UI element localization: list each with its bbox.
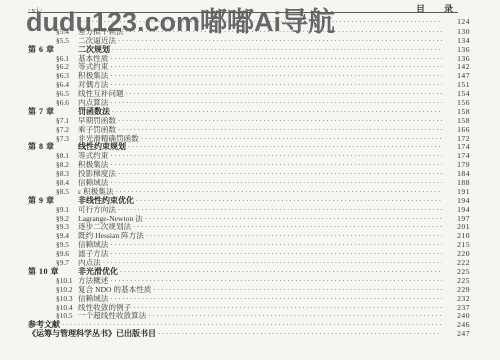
- section-label: §5.4: [56, 27, 78, 36]
- page-number-marker: ·vi·: [28, 6, 44, 15]
- dot-leader: [103, 259, 442, 267]
- dot-leader: [110, 55, 442, 63]
- dot-leader: [126, 28, 442, 36]
- dot-leader: [118, 117, 442, 125]
- toc-section-row: §6.6内点算法156: [28, 97, 470, 106]
- page-number: 136: [444, 45, 470, 54]
- entry-title: 一个超线性收敛算法: [78, 310, 146, 321]
- section-label: §10.3: [56, 294, 78, 303]
- toc-section-row: §5.4差分拟牛顿法130: [28, 26, 470, 35]
- dot-leader: [158, 330, 442, 338]
- page-number: 188: [444, 178, 470, 187]
- page-number: 158: [444, 107, 470, 116]
- section-label: §9.2: [56, 214, 78, 223]
- toc-section-row: §9.3逐步二次规划法201: [28, 221, 470, 230]
- dot-leader: [110, 99, 442, 107]
- page-number: 134: [444, 36, 470, 45]
- dot-leader: [133, 304, 442, 312]
- toc-section-row: §10.4线性收敛的例子237: [28, 302, 470, 311]
- page-number: 232: [444, 294, 470, 303]
- toc-section-row: §9.1可行方向法194: [28, 204, 470, 213]
- section-label: §7.2: [56, 125, 78, 134]
- dot-leader: [120, 268, 442, 276]
- page-number: 229: [444, 285, 470, 294]
- dot-leader: [153, 286, 442, 294]
- section-label: §9.5: [56, 240, 78, 249]
- toc-section-row: §7.3非光滑精确罚函数172: [28, 133, 470, 142]
- page-number: 246: [444, 320, 470, 329]
- toc-section-row: §8.2积极集法179: [28, 159, 470, 168]
- toc-section-row: §6.4对偶方法151: [28, 79, 470, 88]
- toc-section-row: §8.4信赖域法188: [28, 177, 470, 186]
- page-title: 目 录: [416, 2, 458, 15]
- page-number: 237: [444, 303, 470, 312]
- dot-leader: [110, 295, 442, 303]
- header-divider: [28, 12, 458, 13]
- section-label: §6.4: [56, 80, 78, 89]
- page-number: 172: [444, 134, 470, 143]
- toc-section-row: §9.5信赖域法215: [28, 239, 470, 248]
- dot-leader: [115, 188, 442, 196]
- dot-leader: [110, 161, 442, 169]
- toc-section-row: §6.5线性互补问题154: [28, 88, 470, 97]
- dot-leader: [133, 223, 442, 231]
- toc-section-row: §10.2复合 NDO 的基本性质229: [28, 284, 470, 293]
- toc-section-row: §5.5二次逼近法134: [28, 35, 470, 44]
- toc-backmatter-row: 参考文献246: [28, 319, 470, 328]
- dot-leader: [110, 277, 442, 285]
- page-number: 147: [444, 71, 470, 80]
- page-number: 130: [444, 27, 470, 36]
- dot-leader: [145, 215, 442, 223]
- toc-list: 124§5.4差分拟牛顿法130§5.5二次逼近法134第 6 章二次规划136…: [28, 17, 470, 337]
- section-label: §9.1: [56, 205, 78, 214]
- dot-leader: [110, 63, 442, 71]
- dot-leader: [80, 18, 442, 26]
- page-number: 174: [444, 151, 470, 160]
- page-header: ·vi· 目 录: [28, 2, 458, 15]
- section-label: §6.5: [56, 89, 78, 98]
- page-number: 142: [444, 62, 470, 71]
- toc-section-row: §6.3积极集法147: [28, 70, 470, 79]
- section-label: §10.4: [56, 303, 78, 312]
- toc-chapter-row: 第 6 章二次规划136: [28, 44, 470, 53]
- page-number: 136: [444, 54, 470, 63]
- toc-section-row: §9.2Lagrange-Newton 法197: [28, 213, 470, 222]
- toc-section-row: §10.3信赖域法232: [28, 293, 470, 302]
- page-number: 184: [444, 169, 470, 178]
- dot-leader: [110, 241, 442, 249]
- page-number: 222: [444, 258, 470, 267]
- section-label: §9.6: [56, 249, 78, 258]
- page-number: 201: [444, 222, 470, 231]
- dot-leader: [118, 126, 442, 134]
- page-number: 156: [444, 98, 470, 107]
- section-label: §6.1: [56, 54, 78, 63]
- dot-leader: [118, 37, 442, 45]
- section-label: §9.4: [56, 231, 78, 240]
- toc-section-row: §8.5ε 积极集法191: [28, 186, 470, 195]
- page-number: 166: [444, 125, 470, 134]
- dot-leader: [128, 143, 442, 151]
- page-number: 225: [444, 276, 470, 285]
- dot-leader: [126, 90, 442, 98]
- dot-leader: [112, 108, 442, 116]
- page-number: 210: [444, 231, 470, 240]
- dot-leader: [118, 206, 442, 214]
- page-number: 197: [444, 214, 470, 223]
- toc-chapter-row: 第 7 章罚函数法158: [28, 106, 470, 115]
- page-number: 174: [444, 142, 470, 151]
- dot-leader: [112, 46, 442, 54]
- dot-leader: [110, 72, 442, 80]
- dot-leader: [110, 81, 442, 89]
- page-number: 191: [444, 187, 470, 196]
- page-number: 225: [444, 267, 470, 276]
- toc-section-row: §6.2等式约束142: [28, 61, 470, 70]
- page-number: 194: [444, 205, 470, 214]
- section-label: §6.3: [56, 71, 78, 80]
- page-number: 179: [444, 160, 470, 169]
- dot-leader: [141, 135, 442, 143]
- section-label: §8.3: [56, 169, 78, 178]
- toc-section-row: §8.3投影梯度法184: [28, 168, 470, 177]
- toc-section-row: §7.2乘子罚函数166: [28, 124, 470, 133]
- toc-chapter-row: 第 8 章线性约束规划174: [28, 141, 470, 150]
- page-number: 194: [444, 196, 470, 205]
- section-label: §9.3: [56, 222, 78, 231]
- toc-section-row: §10.5一个超线性收敛算法240: [28, 310, 470, 319]
- toc-section-row: §9.4既约 Hessian 阵方法210: [28, 230, 470, 239]
- section-label: §7.1: [56, 116, 78, 125]
- dot-leader: [110, 152, 442, 160]
- toc-section-row: §9.6滤子方法220: [28, 248, 470, 257]
- section-label: §8.2: [56, 160, 78, 169]
- entry-title: 《运筹与管理科学丛书》已出版书目: [28, 328, 156, 339]
- section-label: §10.2: [56, 285, 78, 294]
- toc-section-row: §9.7内点法222: [28, 257, 470, 266]
- page-number: 154: [444, 89, 470, 98]
- dot-leader: [110, 250, 442, 258]
- page-number: 240: [444, 311, 470, 320]
- section-label: §8.4: [56, 178, 78, 187]
- page-number: 124: [444, 17, 470, 26]
- section-label: §8.1: [56, 151, 78, 160]
- page-number: 151: [444, 80, 470, 89]
- toc-section-row: §6.1基本性质136: [28, 53, 470, 62]
- toc-section-row: 124: [28, 17, 470, 26]
- dot-leader: [136, 197, 442, 205]
- toc-chapter-row: 第 10 章非光滑优化225: [28, 266, 470, 275]
- page-number: 215: [444, 240, 470, 249]
- toc-section-row: §10.1方法概述225: [28, 275, 470, 284]
- page-number: 220: [444, 249, 470, 258]
- toc-section-row: §7.1早期罚函数158: [28, 115, 470, 124]
- section-label: §6.2: [56, 62, 78, 71]
- toc-backmatter-row: 《运筹与管理科学丛书》已出版书目247: [28, 328, 470, 337]
- page-number: 247: [444, 329, 470, 338]
- dot-leader: [118, 170, 442, 178]
- page-number: 158: [444, 116, 470, 125]
- dot-leader: [146, 232, 442, 240]
- dot-leader: [110, 179, 442, 187]
- section-label: §10.1: [56, 276, 78, 285]
- dot-leader: [148, 312, 442, 320]
- toc-section-row: §8.1等式约束174: [28, 150, 470, 159]
- toc-chapter-row: 第 9 章非线性约束优化194: [28, 195, 470, 204]
